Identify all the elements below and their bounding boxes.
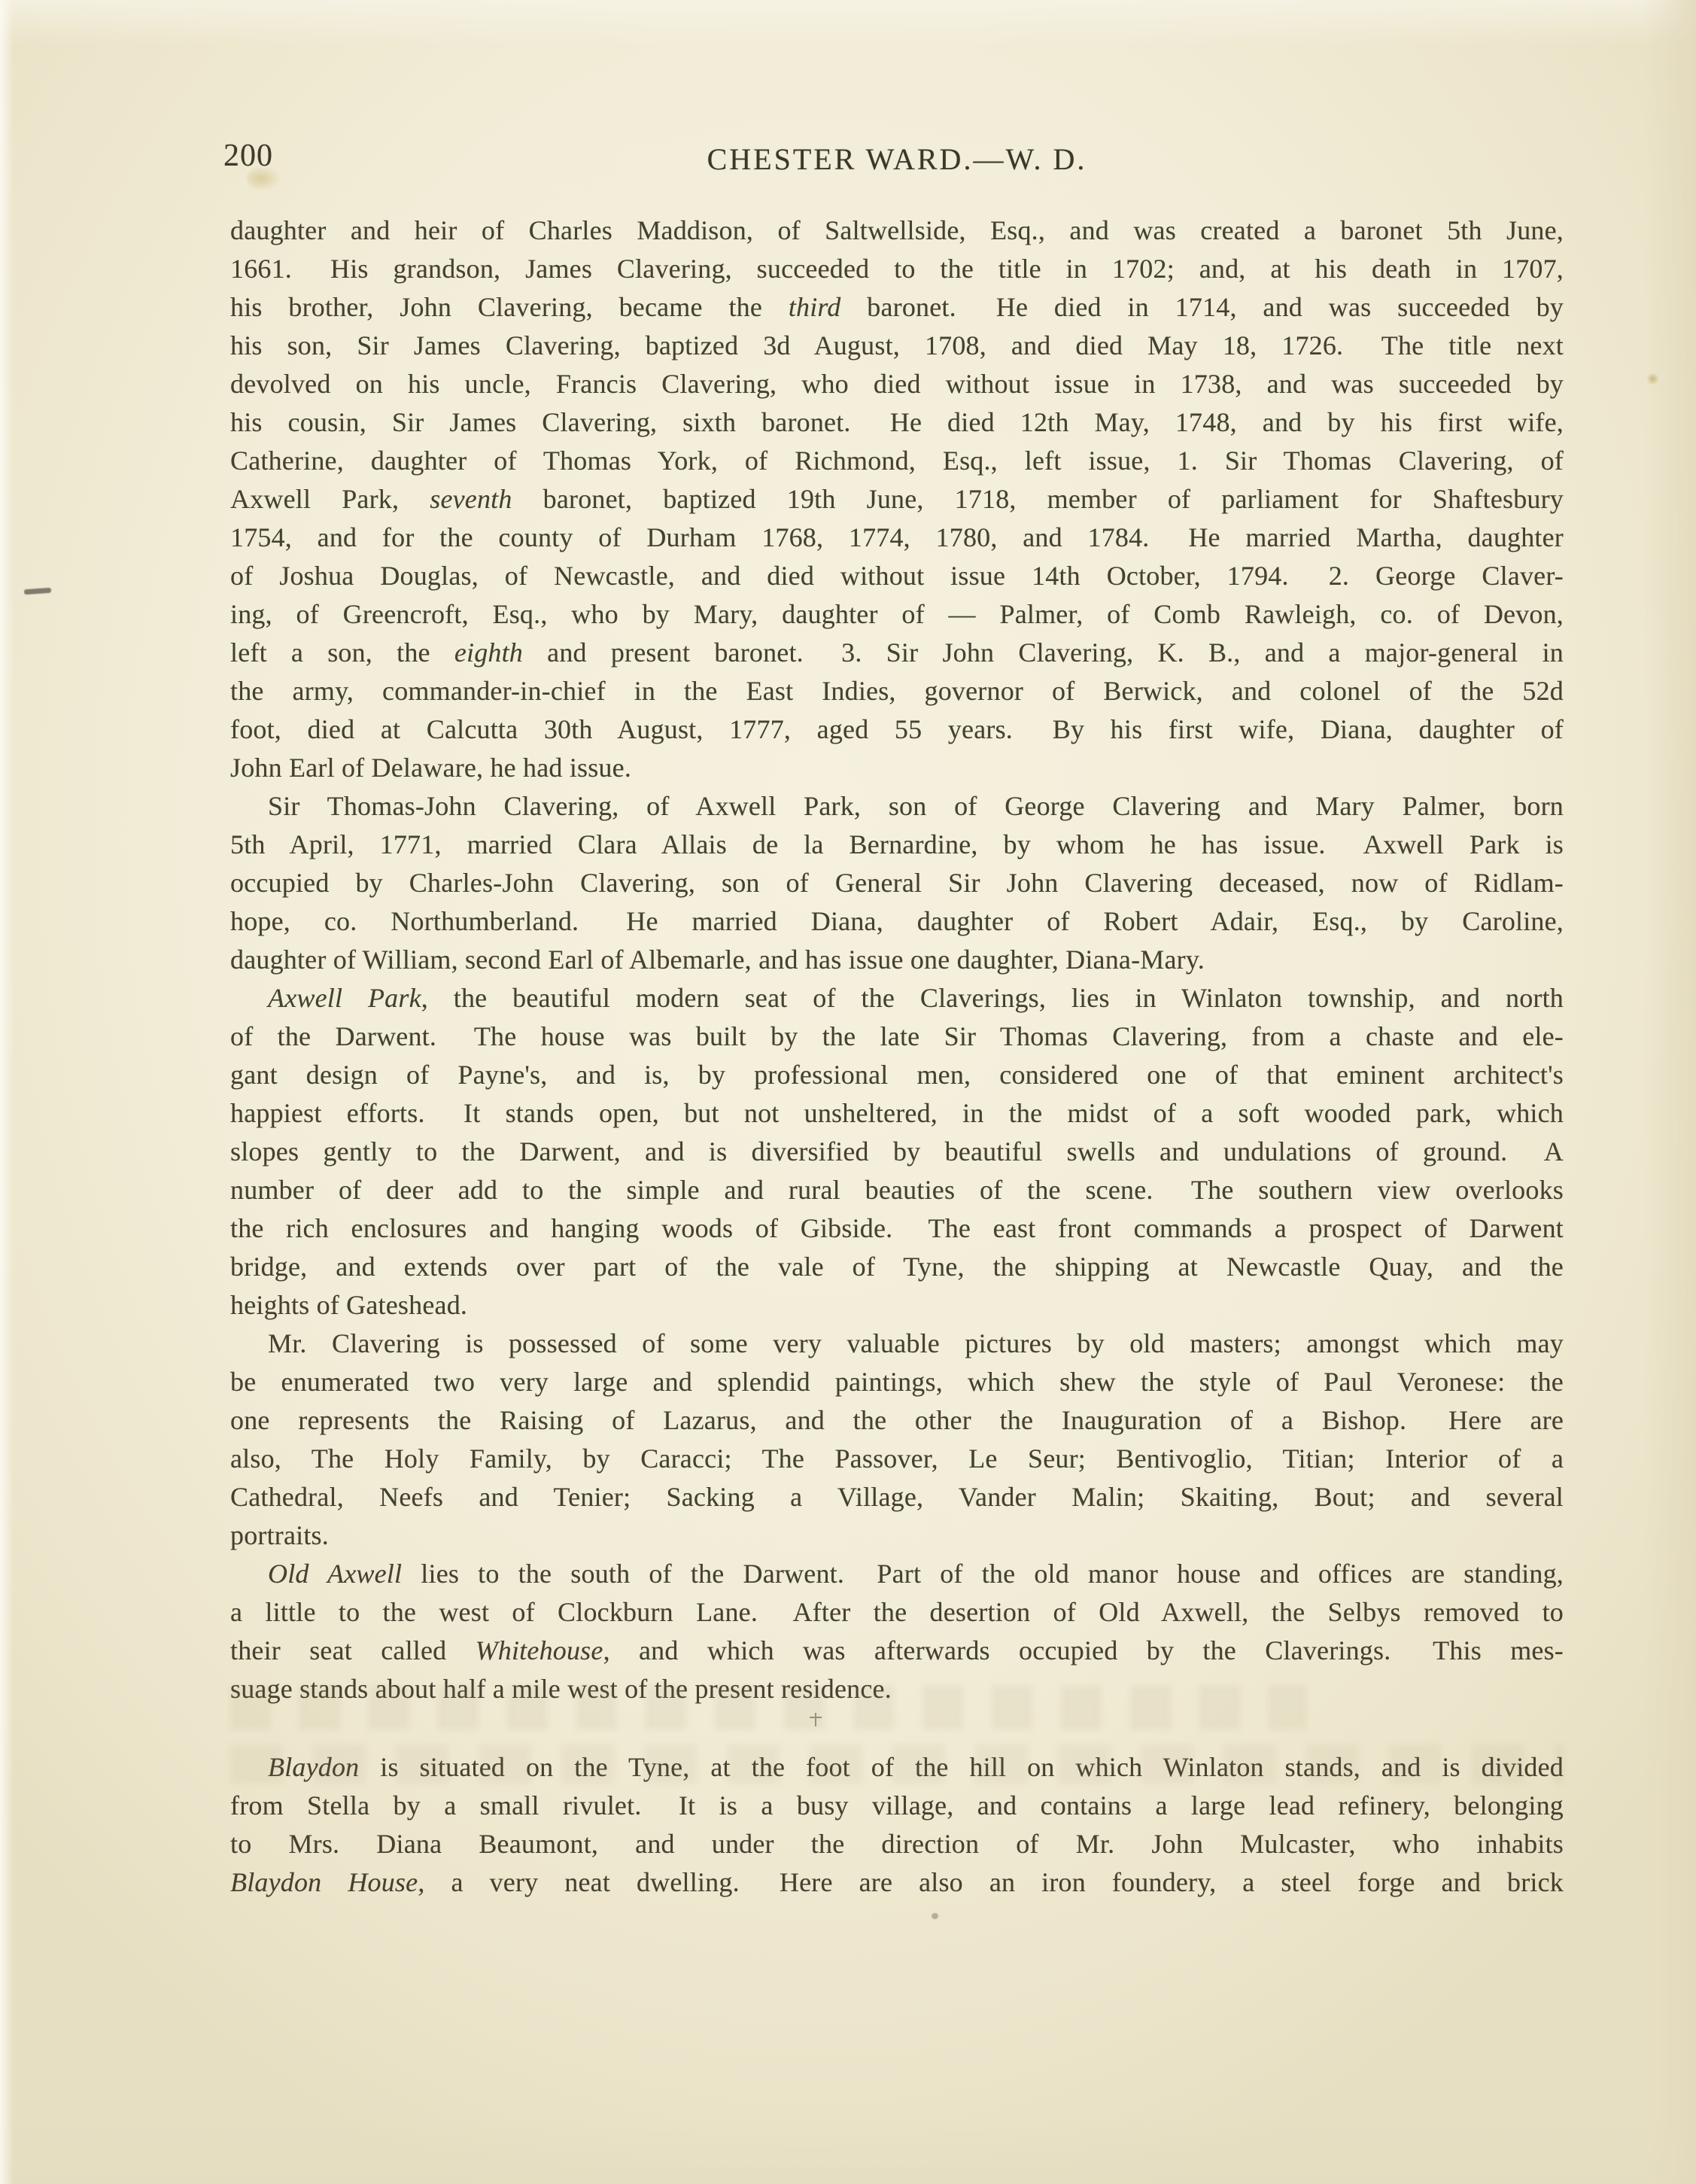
text-line: Blaydon is situated on the Tyne, at the … [230,1748,1564,1787]
book-page-scan: 200 CHESTER WARD.—W. D. daughter and hei… [0,0,1696,2184]
text-line: daughter of William, second Earl of Albe… [230,941,1564,979]
text-line: John Earl of Delaware, he had issue. [230,749,1564,787]
text-line: his cousin, Sir James Clavering, sixth b… [230,403,1564,442]
text-line: occupied by Charles-John Clavering, son … [230,864,1564,902]
text-line: from Stella by a small rivulet. It is a … [230,1787,1564,1825]
text-line: his son, Sir James Clavering, baptized 3… [230,327,1564,365]
text-run: foot, died at Calcutta 30th August, 1777… [230,714,1564,744]
text-run-italic: Blaydon [268,1752,359,1782]
paragraph: Sir Thomas-John Clavering, of Axwell Par… [230,787,1564,979]
text-run: 5th April, 1771, married Clara Allais de… [230,829,1564,859]
pencil-margin-mark [24,588,51,595]
text-line: Old Axwell lies to the south of the Darw… [230,1555,1564,1593]
text-line: 1661. His grandson, James Clavering, suc… [230,250,1564,288]
text-line: left a son, the eighth and present baron… [230,634,1564,672]
body-text: daughter and heir of Charles Maddison, o… [230,211,1564,1902]
text-run: of the Darwent. The house was built by t… [230,1021,1564,1051]
text-run: also, The Holy Family, by Caracci; The P… [230,1443,1564,1474]
text-run: Cathedral, Neefs and Tenier; Sacking a V… [230,1482,1564,1512]
text-run: Catherine, daughter of Thomas York, of R… [230,446,1564,476]
text-line: his brother, John Clavering, became the … [230,288,1564,327]
text-run: occupied by Charles-John Clavering, son … [230,868,1564,898]
text-line: ing, of Greencroft, Esq., who by Mary, d… [230,595,1564,634]
text-line: heights of Gateshead. [230,1286,1564,1325]
text-run: Axwell Park, [230,484,430,514]
text-line: number of deer add to the simple and rur… [230,1171,1564,1209]
text-line: suage stands about half a mile west of t… [230,1670,1564,1708]
text-run: portraits. [230,1520,329,1550]
text-line: 5th April, 1771, married Clara Allais de… [230,826,1564,864]
paper-speck [932,1913,938,1919]
text-run: his brother, John Clavering, became the [230,292,789,322]
text-run: Mr. Clavering is possessed of some very … [268,1328,1564,1358]
text-line: slopes gently to the Darwent, and is div… [230,1133,1564,1171]
text-run-italic: third [789,292,841,322]
text-run: , and which was afterwards occupied by t… [603,1635,1564,1665]
text-run: suage stands about half a mile west of t… [230,1674,892,1704]
paragraph: Blaydon is situated on the Tyne, at the … [230,1748,1564,1902]
paper-stain [1646,373,1659,385]
text-line: Catherine, daughter of Thomas York, of R… [230,442,1564,480]
text-run: heights of Gateshead. [230,1290,467,1320]
running-title: CHESTER WARD.—W. D. [230,144,1564,175]
text-line: their seat called Whitehouse, and which … [230,1632,1564,1670]
text-run: 1754, and for the county of Durham 1768,… [230,522,1564,552]
text-run: bridge, and extends over part of the val… [230,1252,1564,1282]
text-run: one represents the Raising of Lazarus, a… [230,1405,1564,1435]
paragraph: Old Axwell lies to the south of the Darw… [230,1555,1564,1708]
text-run-italic: Axwell Park [268,983,421,1013]
text-line: foot, died at Calcutta 30th August, 1777… [230,710,1564,749]
text-line: of Joshua Douglas, of Newcastle, and die… [230,557,1564,595]
text-run: his cousin, Sir James Clavering, sixth b… [230,407,1564,437]
paragraph: Mr. Clavering is possessed of some very … [230,1325,1564,1555]
text-run: is situated on the Tyne, at the foot of … [359,1752,1564,1782]
text-run: left a son, the [230,637,454,668]
text-line: devolved on his uncle, Francis Clavering… [230,365,1564,403]
paragraph: Axwell Park, the beautiful modern seat o… [230,979,1564,1325]
text-run: , a very neat dwelling. Here are also an… [418,1867,1564,1897]
text-run: a little to the west of Clockburn Lane. … [230,1597,1564,1627]
text-run: to Mrs. Diana Beaumont, and under the di… [230,1829,1564,1859]
text-line: hope, co. Northumberland. He married Dia… [230,902,1564,941]
text-line: gant design of Payne's, and is, by profe… [230,1056,1564,1094]
text-line: Cathedral, Neefs and Tenier; Sacking a V… [230,1478,1564,1516]
text-line: portraits. [230,1516,1564,1555]
text-run: baronet, baptized 19th June, 1718, membe… [512,484,1564,514]
text-run: lies to the south of the Darwent. Part o… [402,1559,1564,1589]
text-line: Blaydon House, a very neat dwelling. Her… [230,1863,1564,1902]
text-run-italic: Old Axwell [268,1559,402,1589]
text-run-italic: seventh [430,484,512,514]
text-line: bridge, and extends over part of the val… [230,1248,1564,1286]
text-run: baronet. He died in 1714, and was succee… [841,292,1564,322]
text-run: of Joshua Douglas, of Newcastle, and die… [230,561,1564,591]
text-run: 1661. His grandson, James Clavering, suc… [230,254,1564,284]
text-line: happiest efforts. It stands open, but no… [230,1094,1564,1133]
paragraph: daughter and heir of Charles Maddison, o… [230,211,1564,787]
text-line: the rich enclosures and hanging woods of… [230,1209,1564,1248]
text-run: devolved on his uncle, Francis Clavering… [230,369,1564,399]
text-line: of the Darwent. The house was built by t… [230,1017,1564,1056]
text-run: Sir Thomas-John Clavering, of Axwell Par… [268,791,1564,821]
text-run: number of deer add to the simple and rur… [230,1175,1564,1205]
text-line: Mr. Clavering is possessed of some very … [230,1325,1564,1363]
text-run-italic: Whitehouse [476,1635,603,1665]
text-line: also, The Holy Family, by Caracci; The P… [230,1440,1564,1478]
text-line: 1754, and for the county of Durham 1768,… [230,519,1564,557]
text-run: gant design of Payne's, and is, by profe… [230,1060,1564,1090]
text-run: ing, of Greencroft, Esq., who by Mary, d… [230,599,1564,629]
text-run-italic: Blaydon House [230,1867,418,1897]
text-line: daughter and heir of Charles Maddison, o… [230,211,1564,250]
text-line: be enumerated two very large and splendi… [230,1363,1564,1401]
text-run: from Stella by a small rivulet. It is a … [230,1790,1564,1821]
text-line: Axwell Park, the beautiful modern seat o… [230,979,1564,1017]
text-run: be enumerated two very large and splendi… [230,1367,1564,1397]
text-run: their seat called [230,1635,476,1665]
text-line: Sir Thomas-John Clavering, of Axwell Par… [230,787,1564,826]
text-line: one represents the Raising of Lazarus, a… [230,1401,1564,1440]
text-run: the army, commander-in-chief in the East… [230,676,1564,706]
text-run: John Earl of Delaware, he had issue. [230,753,631,783]
text-line: Axwell Park, seventh baronet, baptized 1… [230,480,1564,519]
text-run: his son, Sir James Clavering, baptized 3… [230,330,1564,360]
text-run: daughter of William, second Earl of Albe… [230,944,1205,975]
text-run-italic: eighth [454,637,523,668]
text-run: slopes gently to the Darwent, and is div… [230,1136,1564,1167]
text-run: , the beautiful modern seat of the Clave… [421,983,1564,1013]
text-run: daughter and heir of Charles Maddison, o… [230,215,1564,245]
text-run: hope, co. Northumberland. He married Dia… [230,906,1564,936]
text-run: happiest efforts. It stands open, but no… [230,1098,1564,1128]
text-line: to Mrs. Diana Beaumont, and under the di… [230,1825,1564,1863]
text-line: a little to the west of Clockburn Lane. … [230,1593,1564,1632]
text-run: the rich enclosures and hanging woods of… [230,1213,1564,1243]
text-line: the army, commander-in-chief in the East… [230,672,1564,710]
text-run: and present baronet. 3. Sir John Claveri… [523,637,1564,668]
